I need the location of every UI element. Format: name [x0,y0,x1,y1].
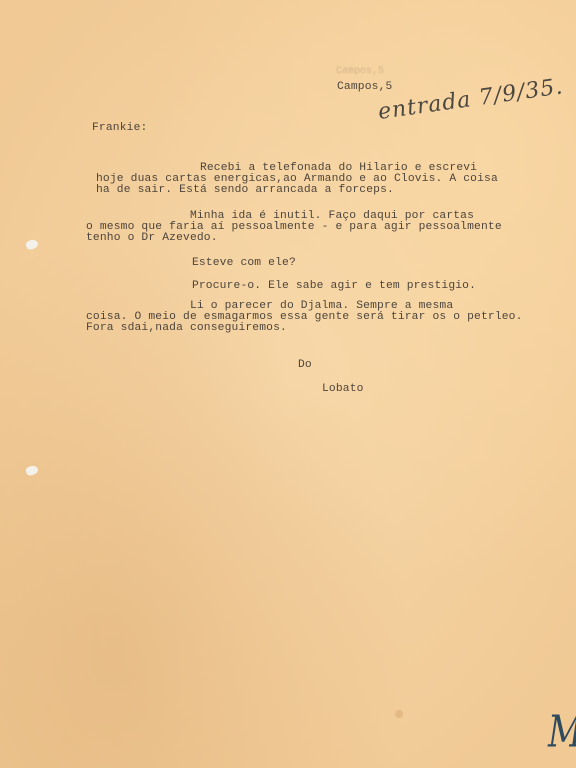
text-line: tenho o Dr Azevedo. [86,233,218,244]
text-line: Fora sdai,nada conseguiremos. [86,323,287,334]
place-date: Campos,5 [337,82,392,93]
handwritten-initial: M [548,706,576,758]
salutation: Frankie: [92,123,147,134]
handwritten-annotation: entrada 7/9/35. [377,74,565,125]
signature: Lobato [322,384,364,395]
text-line: ha de sair. Está sendo arrancada a force… [96,185,394,196]
punch-hole [25,464,39,477]
letterhead-ghost: Campos,5 [336,66,384,77]
question-line: Esteve com ele? [88,258,296,269]
punch-hole [25,238,39,251]
letter-page: Campos,5 Campos,5 entrada 7/9/35. Franki… [0,0,576,768]
text-line: Procure-o. Ele sabe agir e tem prestigio… [88,281,476,292]
ink-stain [395,710,403,718]
closing: Do [298,360,312,371]
